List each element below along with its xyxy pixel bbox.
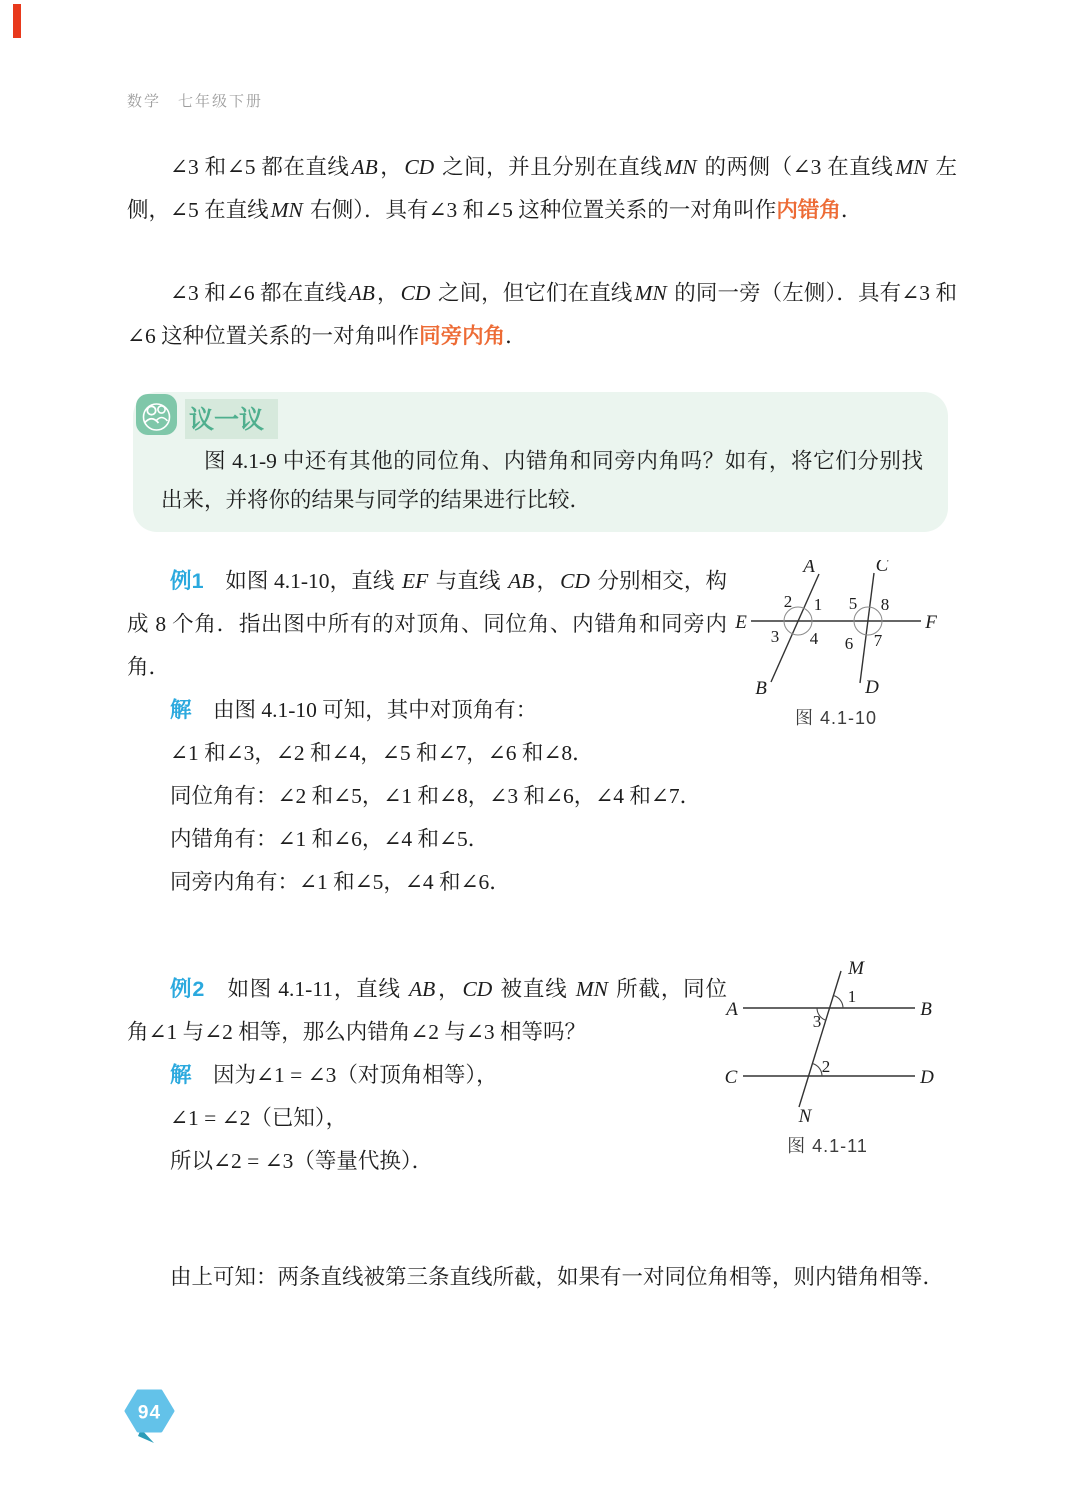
figure-4-1-10-caption: 图 4.1-10 — [726, 704, 946, 730]
page-number-badge: 94 — [124, 1388, 180, 1453]
point-label-D: D — [864, 677, 879, 698]
figure-4-1-10: E F A B C D 2 1 3 4 5 8 6 7 图 4.1-10 — [726, 560, 946, 730]
discussion-box: 议一议 图 4.1-9 中还有其他的同位角、内错角和同旁内角吗？如有，将它们分别… — [133, 392, 948, 532]
angle-label-1: 1 — [848, 987, 857, 1006]
figure-4-1-11: M N A B C D 1 3 2 图 4.1-11 — [710, 958, 945, 1158]
example-2-solution-first-text: 因为∠1 = ∠3（对顶角相等）， — [192, 1063, 498, 1087]
paragraph-alternate-interior-angles: ∠3 和∠5 都在直线AB，CD 之间，并且分别在直线MN 的两侧（∠3 在直线… — [127, 146, 957, 232]
example-1-vertical-angles-line: ∠1 和∠3，∠2 和∠4，∠5 和∠7，∠6 和∠8． — [127, 732, 727, 775]
people-icon — [136, 394, 177, 435]
running-header: 数学 七年级下册 — [127, 90, 263, 111]
textbook-page: 数学 七年级下册 ∠3 和∠5 都在直线AB，CD 之间，并且分别在直线MN 的… — [0, 0, 1082, 1508]
point-label-A: A — [724, 999, 738, 1020]
line-CD — [860, 573, 874, 683]
point-label-C: C — [876, 560, 889, 576]
angle-label-1: 1 — [814, 595, 823, 614]
example-2-solution-line-2: ∠1 = ∠2（已知）， — [127, 1097, 727, 1140]
example-2-problem: 例2 如图 4.1-11，直线 AB，CD 被直线 MN 所截，同位角∠1 与∠… — [127, 968, 727, 1054]
angle-label-6: 6 — [845, 634, 854, 653]
example-1-co-interior-line: 同旁内角有：∠1 和∠5，∠4 和∠6． — [127, 861, 727, 904]
angle-label-2: 2 — [784, 592, 793, 611]
example-2-solution-line-3: 所以∠2 = ∠3（等量代换）． — [127, 1140, 727, 1183]
angle-label-2: 2 — [822, 1057, 831, 1076]
point-label-D: D — [919, 1067, 934, 1088]
example-1-solution-intro: 解 由图 4.1-10 可知，其中对顶角有： — [127, 689, 727, 732]
discussion-body: 图 4.1-9 中还有其他的同位角、内错角和同旁内角吗？如有，将它们分别找出来，… — [161, 442, 923, 520]
point-label-E: E — [734, 612, 747, 633]
point-label-F: F — [924, 612, 937, 633]
angle-label-7: 7 — [874, 631, 883, 650]
paragraph-co-interior-angles: ∠3 和∠6 都在直线AB，CD 之间，但它们在直线MN 的同一旁（左侧）．具有… — [127, 272, 957, 358]
point-label-M: M — [847, 958, 865, 979]
angle-label-4: 4 — [810, 629, 819, 648]
point-label-N: N — [798, 1106, 813, 1127]
angle-2-arc — [813, 1064, 822, 1076]
angle-label-3: 3 — [771, 627, 780, 646]
figure-4-1-11-caption: 图 4.1-11 — [710, 1132, 945, 1158]
conclusion-paragraph: 由上可知：两条直线被第三条直线所截，如果有一对同位角相等，则内错角相等． — [127, 1256, 957, 1299]
example-1-corresponding-angles-line: 同位角有：∠2 和∠5，∠1 和∠8，∠3 和∠6，∠4 和∠7． — [127, 775, 727, 818]
example-2-problem-text: 如图 4.1-11，直线 AB，CD 被直线 MN 所截，同位角∠1 与∠2 相… — [127, 977, 727, 1044]
angle-1-arc — [834, 996, 843, 1008]
example-1-label: 例1 — [170, 569, 204, 593]
point-label-B: B — [755, 678, 767, 699]
example-1-block: 例1 如图 4.1-10，直线 EF 与直线 AB，CD 分别相交，构成 8 个… — [127, 560, 727, 904]
example-2-solution-line-1: 解 因为∠1 = ∠3（对顶角相等）， — [127, 1054, 727, 1097]
angle-label-8: 8 — [881, 595, 890, 614]
example-2-solution-label: 解 — [170, 1063, 192, 1087]
angle-label-3: 3 — [813, 1012, 822, 1031]
line-MN — [799, 971, 841, 1107]
example-1-problem: 例1 如图 4.1-10，直线 EF 与直线 AB，CD 分别相交，构成 8 个… — [127, 560, 727, 689]
point-label-B: B — [920, 999, 932, 1020]
page-number: 94 — [138, 1403, 161, 1424]
example-1-solution-intro-text: 由图 4.1-10 可知，其中对顶角有： — [192, 698, 538, 722]
discussion-title: 议一议 — [185, 399, 278, 439]
point-label-A: A — [801, 560, 815, 577]
example-1-alternate-interior-line: 内错角有：∠1 和∠6，∠4 和∠5． — [127, 818, 727, 861]
example-1-problem-text: 如图 4.1-10，直线 EF 与直线 AB，CD 分别相交，构成 8 个角．指… — [127, 569, 727, 679]
corner-print-mark — [13, 4, 21, 38]
point-label-C: C — [725, 1067, 738, 1088]
angle-label-5: 5 — [849, 594, 858, 613]
example-2-label: 例2 — [170, 977, 204, 1001]
example-1-solution-label: 解 — [170, 698, 192, 722]
example-2-block: 例2 如图 4.1-11，直线 AB，CD 被直线 MN 所截，同位角∠1 与∠… — [127, 968, 727, 1183]
